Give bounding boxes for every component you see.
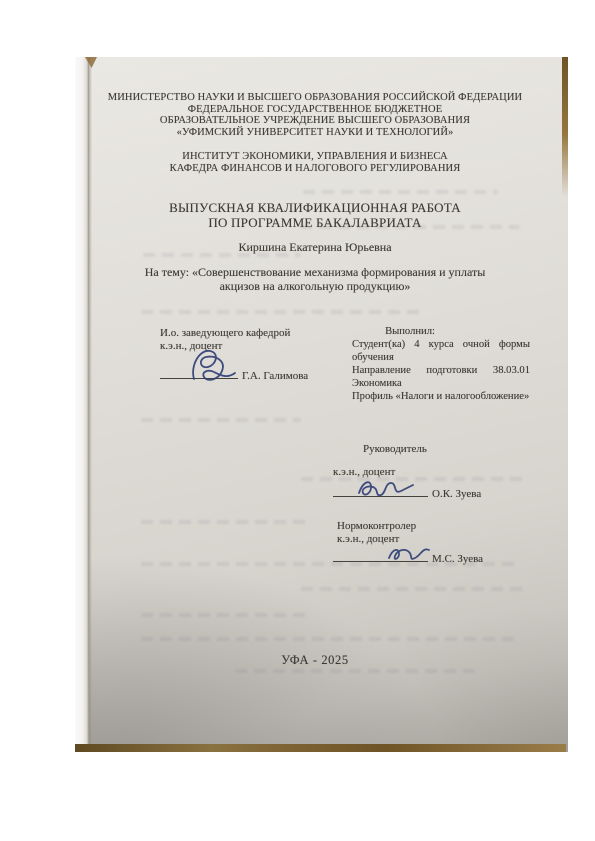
direction-line: Направление подготовки 38.03.01 bbox=[352, 364, 530, 377]
program-title: ПО ПРОГРАММЕ БАКАЛАВРИАТА bbox=[90, 215, 540, 230]
normcontrol-signature-row: М.С. Зуева bbox=[333, 552, 543, 566]
topic-line: На тему: «Совершенствование механизма фо… bbox=[90, 265, 540, 279]
topic-block: На тему: «Совершенствование механизма фо… bbox=[90, 265, 540, 293]
desk-surface-bottom bbox=[75, 744, 566, 752]
head-degree: к.э.н., доцент bbox=[160, 340, 325, 353]
bleed-through-line bbox=[141, 418, 301, 422]
bleed-through-line bbox=[141, 637, 521, 641]
signature-line bbox=[333, 552, 428, 562]
work-type-title: ВЫПУСКНАЯ КВАЛИФИКАЦИОННАЯ РАБОТА bbox=[90, 200, 540, 215]
department-line: КАФЕДРА ФИНАНСОВ И НАЛОГОВОГО РЕГУЛИРОВА… bbox=[90, 163, 540, 175]
completed-label: Выполнил: bbox=[352, 325, 530, 338]
supervisor-degree: к.э.н., доцент bbox=[333, 466, 540, 479]
bleed-through-line bbox=[235, 669, 475, 673]
head-approval-block: И.о. заведующего кафедрой к.э.н., доцент… bbox=[160, 327, 325, 383]
normcontrol-role: Нормоконтролер bbox=[337, 520, 543, 533]
student-line: Студент(ка) 4 курса очной формы bbox=[352, 338, 530, 351]
supervisor-block: Руководитель к.э.н., доцент О.К. Зуева bbox=[330, 443, 540, 501]
normcontrol-degree: к.э.н., доцент bbox=[337, 533, 543, 546]
bleed-through-line bbox=[301, 587, 525, 591]
desk-surface-right bbox=[562, 57, 568, 197]
head-position: И.о. заведующего кафедрой bbox=[160, 327, 325, 340]
university-name: «УФИМСКИЙ УНИВЕРСИТЕТ НАУКИ И ТЕХНОЛОГИЙ… bbox=[90, 127, 540, 139]
direction-line: Экономика bbox=[352, 377, 530, 390]
page-stack-edge bbox=[75, 57, 89, 744]
supervisor-signature-row: О.К. Зуева bbox=[333, 487, 540, 501]
bleed-through-line bbox=[141, 520, 306, 524]
institute-line: ИНСТИТУТ ЭКОНОМИКИ, УПРАВЛЕНИЯ И БИЗНЕСА bbox=[90, 151, 540, 163]
supervisor-name: О.К. Зуева bbox=[432, 488, 481, 500]
institute-header: ИНСТИТУТ ЭКОНОМИКИ, УПРАВЛЕНИЯ И БИЗНЕСА… bbox=[90, 151, 540, 174]
head-signature-row: Г.А. Галимова bbox=[160, 369, 325, 383]
student-info-block: Выполнил: Студент(ка) 4 курса очной форм… bbox=[352, 325, 530, 403]
founder-line: ФЕДЕРАЛЬНОЕ ГОСУДАРСТВЕННОЕ БЮДЖЕТНОЕ bbox=[90, 104, 540, 116]
institution-line: ОБРАЗОВАТЕЛЬНОЕ УЧРЕЖДЕНИЕ ВЫСШЕГО ОБРАЗ… bbox=[90, 115, 540, 127]
head-name: Г.А. Галимова bbox=[242, 370, 308, 382]
topic-line: акцизов на алкогольную продукцию» bbox=[90, 279, 540, 293]
signature-line bbox=[160, 369, 238, 379]
normcontrol-block: Нормоконтролер к.э.н., доцент М.С. Зуева bbox=[333, 520, 543, 566]
signature-line bbox=[333, 487, 428, 497]
ministry-line: МИНИСТЕРСТВО НАУКИ И ВЫСШЕГО ОБРАЗОВАНИЯ… bbox=[90, 92, 540, 104]
ministry-header: МИНИСТЕРСТВО НАУКИ И ВЫСШЕГО ОБРАЗОВАНИЯ… bbox=[90, 92, 540, 138]
author-name: Киршина Екатерина Юрьевна bbox=[90, 240, 540, 255]
city-year: УФА - 2025 bbox=[90, 653, 540, 668]
student-line: обучения bbox=[352, 351, 530, 364]
profile-line: Профиль «Налоги и налогообложение» bbox=[352, 390, 530, 403]
work-title: ВЫПУСКНАЯ КВАЛИФИКАЦИОННАЯ РАБОТА ПО ПРО… bbox=[90, 200, 540, 230]
bleed-through-line bbox=[303, 190, 498, 194]
normcontrol-name: М.С. Зуева bbox=[432, 553, 483, 565]
bleed-through-line bbox=[141, 613, 306, 617]
supervisor-role: Руководитель bbox=[363, 443, 540, 456]
document-photo: МИНИСТЕРСТВО НАУКИ И ВЫСШЕГО ОБРАЗОВАНИЯ… bbox=[75, 57, 568, 752]
bleed-through-line bbox=[141, 310, 421, 314]
